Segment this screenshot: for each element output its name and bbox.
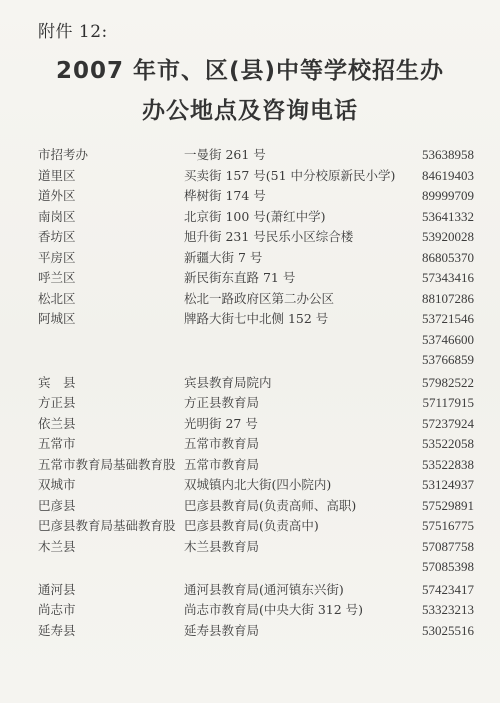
- table-row: 五常市五常市教育局53522058: [0, 434, 500, 455]
- table-row: 香坊区旭升街 231 号民乐小区综合楼53920028: [0, 227, 500, 248]
- table-row: 延寿县延寿县教育局53025516: [0, 621, 500, 642]
- office-name: 宾 县: [38, 373, 76, 394]
- office-phone: 57117915: [422, 393, 474, 414]
- office-address: 旭升街 231 号民乐小区综合楼: [184, 227, 353, 248]
- office-address: 牌路大街七中北侧 152 号: [184, 309, 328, 330]
- office-name: 呼兰区: [38, 268, 76, 289]
- office-name: 五常市: [38, 434, 76, 455]
- office-phone: 57516775: [422, 516, 474, 537]
- office-name: 香坊区: [38, 227, 76, 248]
- table-row: 呼兰区新民街东直路 71 号57343416: [0, 268, 500, 289]
- document-title-line2: 办公地点及咨询电话: [0, 92, 500, 125]
- office-phone: 88107286: [422, 289, 474, 310]
- office-name: 双城市: [38, 475, 76, 496]
- office-phone: 53641332: [422, 207, 474, 228]
- office-phone: 53746600: [422, 330, 474, 351]
- office-name: 依兰县: [38, 414, 76, 435]
- table-row: 方正县方正县教育局57117915: [0, 393, 500, 414]
- office-name: 巴彦县教育局基础教育股: [38, 516, 176, 537]
- table-row: 依兰县光明街 27 号57237924: [0, 414, 500, 435]
- table-row: 双城市双城镇内北大街(四小院内)53124937: [0, 475, 500, 496]
- office-phone: 57343416: [422, 268, 474, 289]
- office-phone: 53766859: [422, 350, 474, 371]
- office-address: 巴彦县教育局(负责高中): [184, 516, 319, 537]
- table-row: 巴彦县教育局基础教育股巴彦县教育局(负责高中)57516775: [0, 516, 500, 537]
- office-phone: 57087758: [422, 537, 474, 558]
- office-name: 延寿县: [38, 621, 76, 642]
- office-phone: 57237924: [422, 414, 474, 435]
- office-phone: 53721546: [422, 309, 474, 330]
- table-row: 平房区新疆大街 7 号86805370: [0, 248, 500, 269]
- office-phone: 86805370: [422, 248, 474, 269]
- office-address: 五常市教育局: [184, 434, 259, 455]
- office-phone: 57529891: [422, 496, 474, 517]
- office-phone: 53124937: [422, 475, 474, 496]
- table-row: 57085398: [0, 557, 500, 578]
- office-phone: 57423417: [422, 580, 474, 601]
- office-name: 木兰县: [38, 537, 76, 558]
- table-row: 道里区买卖街 157 号(51 中分校原新民小学)84619403: [0, 166, 500, 187]
- table-row: 市招考办一曼街 261 号53638958: [0, 145, 500, 166]
- office-name: 五常市教育局基础教育股: [38, 455, 176, 476]
- table-row: 阿城区牌路大街七中北侧 152 号53721546: [0, 309, 500, 330]
- office-address: 巴彦县教育局(负责高师、高职): [184, 496, 356, 517]
- contact-table: 市招考办一曼街 261 号53638958道里区买卖街 157 号(51 中分校…: [0, 145, 500, 641]
- office-name: 市招考办: [38, 145, 88, 166]
- office-name: 尚志市: [38, 600, 76, 621]
- office-address: 木兰县教育局: [184, 537, 259, 558]
- office-phone: 53522058: [422, 434, 474, 455]
- table-row: 宾 县宾县教育局院内57982522: [0, 373, 500, 394]
- office-phone: 53323213: [422, 600, 474, 621]
- office-address: 松北一路政府区第二办公区: [184, 289, 334, 310]
- office-phone: 53522838: [422, 455, 474, 476]
- office-address: 尚志市教育局(中央大街 312 号): [184, 600, 363, 621]
- office-address: 方正县教育局: [184, 393, 259, 414]
- office-name: 通河县: [38, 580, 76, 601]
- office-address: 新疆大街 7 号: [184, 248, 262, 269]
- office-name: 方正县: [38, 393, 76, 414]
- office-address: 北京街 100 号(萧红中学): [184, 207, 326, 228]
- office-phone: 57982522: [422, 373, 474, 394]
- office-phone: 89999709: [422, 186, 474, 207]
- office-phone: 53638958: [422, 145, 474, 166]
- table-row: 五常市教育局基础教育股五常市教育局53522838: [0, 455, 500, 476]
- document-title-line1: 2007 年市、区(县)中等学校招生办: [0, 52, 500, 85]
- office-address: 光明街 27 号: [184, 414, 258, 435]
- document-page: 附件 12: 2007 年市、区(县)中等学校招生办 办公地点及咨询电话 市招考…: [0, 0, 500, 703]
- office-address: 买卖街 157 号(51 中分校原新民小学): [184, 166, 395, 187]
- table-row: 松北区松北一路政府区第二办公区88107286: [0, 289, 500, 310]
- office-name: 道里区: [38, 166, 76, 187]
- table-row: 53746600: [0, 330, 500, 351]
- office-name: 南岗区: [38, 207, 76, 228]
- office-phone: 84619403: [422, 166, 474, 187]
- office-address: 宾县教育局院内: [184, 373, 272, 394]
- table-row: 巴彦县巴彦县教育局(负责高师、高职)57529891: [0, 496, 500, 517]
- office-phone: 57085398: [422, 557, 474, 578]
- office-phone: 53920028: [422, 227, 474, 248]
- office-phone: 53025516: [422, 621, 474, 642]
- table-row: 木兰县木兰县教育局57087758: [0, 537, 500, 558]
- annex-label: 附件 12:: [38, 17, 108, 42]
- table-row: 通河县通河县教育局(通河镇东兴街)57423417: [0, 580, 500, 601]
- office-address: 双城镇内北大街(四小院内): [184, 475, 331, 496]
- office-address: 通河县教育局(通河镇东兴街): [184, 580, 344, 601]
- office-address: 五常市教育局: [184, 455, 259, 476]
- office-name: 阿城区: [38, 309, 76, 330]
- office-address: 一曼街 261 号: [184, 145, 266, 166]
- office-name: 巴彦县: [38, 496, 76, 517]
- office-address: 桦树街 174 号: [184, 186, 266, 207]
- office-name: 松北区: [38, 289, 76, 310]
- table-row: 尚志市尚志市教育局(中央大街 312 号)53323213: [0, 600, 500, 621]
- table-row: 南岗区北京街 100 号(萧红中学)53641332: [0, 207, 500, 228]
- table-row: 53766859: [0, 350, 500, 371]
- office-name: 平房区: [38, 248, 76, 269]
- table-row: 道外区桦树街 174 号89999709: [0, 186, 500, 207]
- office-name: 道外区: [38, 186, 76, 207]
- office-address: 延寿县教育局: [184, 621, 259, 642]
- office-address: 新民街东直路 71 号: [184, 268, 295, 289]
